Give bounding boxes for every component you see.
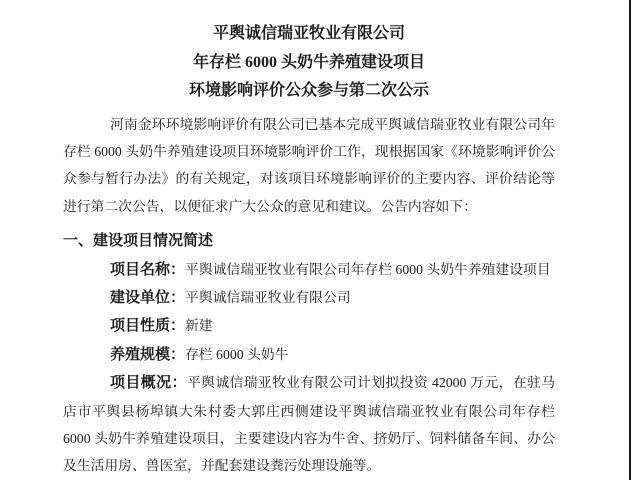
field-construction-unit-label: 建设单位： (110, 290, 185, 306)
field-farming-scale: 养殖规模：存栏 6000 头奶牛 (63, 341, 555, 369)
doc-title-line-1: 平舆诚信瑞亚牧业有限公司 (63, 20, 555, 49)
section-heading: 一、建设项目情况简述 (63, 228, 555, 255)
field-construction-unit-value: 平舆诚信瑞亚牧业有限公司 (185, 290, 351, 305)
field-project-name-label: 项目名称： (110, 262, 185, 278)
doc-title-line-2: 年存栏 6000 头奶牛养殖建设项目 (63, 49, 555, 78)
field-project-nature-label: 项目性质： (110, 318, 185, 334)
field-farming-scale-label: 养殖规模： (110, 347, 185, 363)
field-project-nature: 项目性质：新建 (63, 312, 555, 340)
field-project-nature-value: 新建 (185, 318, 213, 333)
field-project-name-value: 平舆诚信瑞亚牧业有限公司年存栏 6000 头奶牛养殖建设项目 (185, 262, 551, 277)
intro-paragraph: 河南金环环境影响评价有限公司已基本完成平舆诚信瑞亚牧业有限公司年存栏 6000 … (63, 111, 555, 221)
page-right-border (629, 0, 631, 480)
field-construction-unit: 建设单位：平舆诚信瑞亚牧业有限公司 (63, 284, 555, 312)
field-project-overview: 项目概况：平舆诚信瑞亚牧业有限公司计划拟投资 42000 万元，在驻马店市平舆县… (63, 369, 555, 480)
field-project-overview-label: 项目概况： (110, 375, 187, 391)
doc-title-line-3: 环境影响评价公众参与第二次公示 (63, 77, 555, 106)
field-farming-scale-value: 存栏 6000 头奶牛 (185, 347, 288, 362)
document-page: { "page": { "background_color": "#ffffff… (0, 0, 634, 480)
field-project-name: 项目名称：平舆诚信瑞亚牧业有限公司年存栏 6000 头奶牛养殖建设项目 (63, 256, 555, 284)
document-content: 平舆诚信瑞亚牧业有限公司 年存栏 6000 头奶牛养殖建设项目 环境影响评价公众… (63, 20, 555, 480)
